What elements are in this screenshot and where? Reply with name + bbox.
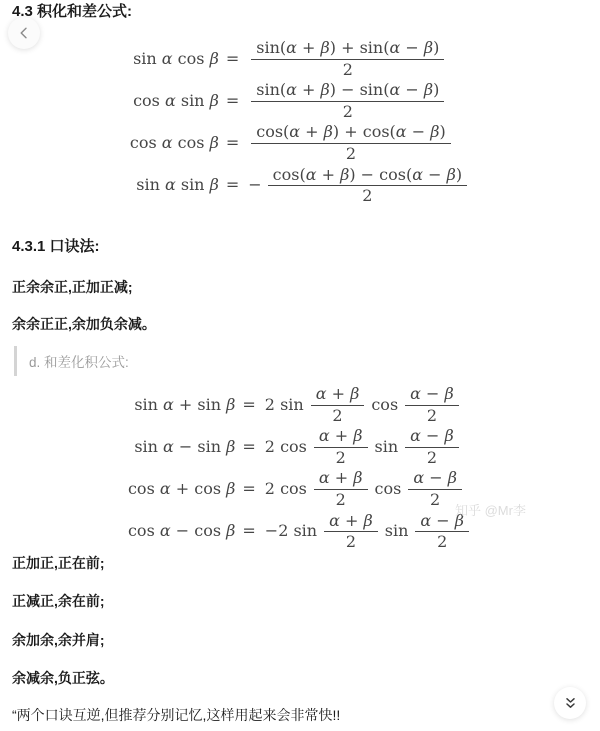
formula-lhs: cos α sin β= [133, 92, 239, 110]
mnemonic-heading: 4.3.1 口诀法: [12, 235, 100, 256]
note-text: “两个口诀互逆,但推荐分别记忆,这样用起来会非常快!! [12, 705, 340, 725]
formula-rhs: sin(α + β) + sin(α − β)2 [248, 39, 470, 78]
article-page: 4.3 积化和差公式: sin α cos β= sin(α + β) + si… [0, 0, 600, 731]
watermark: 知乎 @Mr李 [455, 500, 526, 519]
mnemonic-line: 余减余,负正弦。 [12, 670, 114, 687]
sum-to-product-formulas: sin α + sin β= 2 sinα + β2cosα − β2 sin … [0, 385, 600, 551]
formula-lhs: sin α − sin β= [134, 438, 255, 456]
formula-lhs: sin α sin β= [136, 176, 239, 194]
double-chevron-down-icon [564, 697, 577, 710]
left-chevron-icon [18, 27, 30, 39]
mnemonic-line: 正余余正,正加正减; [12, 279, 133, 296]
formula-rhs: 2 cosα + β2cosα − β2 [265, 469, 472, 508]
formula-lhs: sin α cos β= [133, 50, 239, 68]
formula-rhs: 2 sinα + β2cosα − β2 [265, 385, 472, 424]
product-to-sum-formulas: sin α cos β= sin(α + β) + sin(α − β)2 co… [0, 39, 600, 205]
blockquote: d. 和差化积公式: [14, 346, 129, 376]
formula-rhs: −2 sinα + β2sinα − β2 [265, 512, 472, 551]
formula-lhs: cos α + cos β= [128, 480, 256, 498]
mnemonic-line: 余加余,余并肩; [12, 632, 105, 649]
formula-rhs: −cos(α + β) − cos(α − β)2 [248, 166, 470, 205]
formula-rhs: cos(α + β) + cos(α − β)2 [248, 123, 470, 162]
formula-lhs: sin α + sin β= [134, 396, 255, 414]
formula-lhs: cos α cos β= [130, 134, 239, 152]
formula-rhs: 2 cosα + β2sinα − β2 [265, 427, 472, 466]
mnemonic-line: 正减正,余在前; [12, 593, 105, 610]
mnemonic-line: 余余正正,余加负余减。 [12, 316, 156, 333]
formula-lhs: cos α − cos β= [128, 522, 256, 540]
formula-rhs: sin(α + β) − sin(α − β)2 [248, 81, 470, 120]
scroll-to-bottom-button[interactable] [554, 687, 586, 719]
blockquote-text: d. 和差化积公式: [29, 355, 129, 370]
mnemonic-line: 正加正,正在前; [12, 555, 105, 572]
